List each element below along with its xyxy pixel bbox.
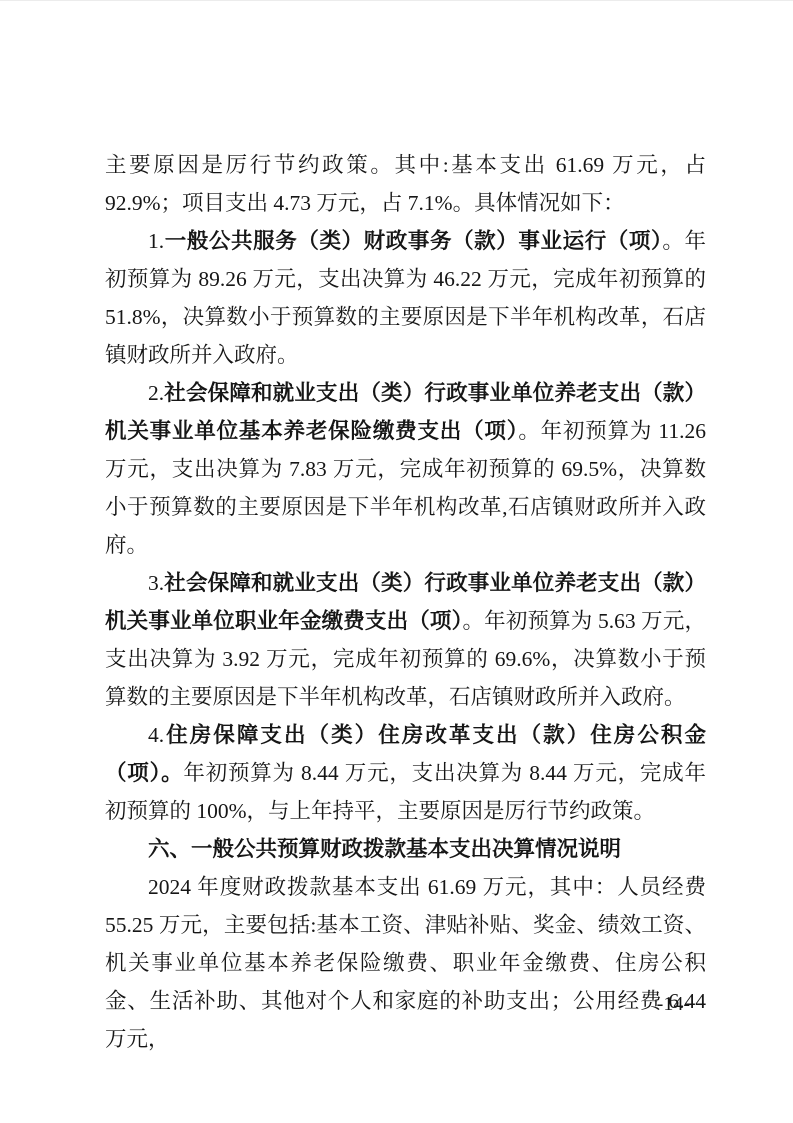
paragraph-basic-expenditure: 2024 年度财政拨款基本支出 61.69 万元，其中：人员经费 55.25 万… (105, 868, 706, 1058)
item-1-title: 一般公共服务（类）财政事务（款）事业运行（项） (164, 229, 662, 253)
item-1-number: 1. (148, 229, 164, 253)
item-2-number: 2. (148, 381, 164, 405)
item-3-number: 3. (148, 571, 164, 595)
paragraph-intro: 主要原因是厉行节约政策。其中:基本支出 61.69 万元，占 92.9%；项目支… (105, 146, 706, 222)
paragraph-item-2: 2.社会保障和就业支出（类）行政事业单位养老支出（款）机关事业单位基本养老保险缴… (105, 374, 706, 564)
paragraph-item-4: 4.住房保障支出（类）住房改革支出（款）住房公积金（项）。年初预算为 8.44 … (105, 716, 706, 830)
paragraph-item-3: 3.社会保障和就业支出（类）行政事业单位养老支出（款）机关事业单位职业年金缴费支… (105, 564, 706, 716)
paragraph-item-1: 1.一般公共服务（类）财政事务（款）事业运行（项）。年初预算为 89.26 万元… (105, 222, 706, 374)
item-4-body: 年初预算为 8.44 万元，支出决算为 8.44 万元，完成年初预算的 100%… (105, 761, 706, 823)
item-4-number: 4. (148, 723, 164, 747)
document-body: 主要原因是厉行节约政策。其中:基本支出 61.69 万元，占 92.9%；项目支… (105, 146, 706, 1058)
paragraph-basic-expenditure-text: 2024 年度财政拨款基本支出 61.69 万元，其中：人员经费 55.25 万… (105, 875, 706, 1051)
page-number: -14- (657, 992, 690, 1016)
section-heading: 六、一般公共预算财政拨款基本支出决算情况说明 (105, 830, 706, 868)
document-page: 主要原因是厉行节约政策。其中:基本支出 61.69 万元，占 92.9%；项目支… (0, 0, 793, 1123)
paragraph-intro-text: 主要原因是厉行节约政策。其中:基本支出 61.69 万元，占 92.9%；项目支… (105, 153, 706, 215)
